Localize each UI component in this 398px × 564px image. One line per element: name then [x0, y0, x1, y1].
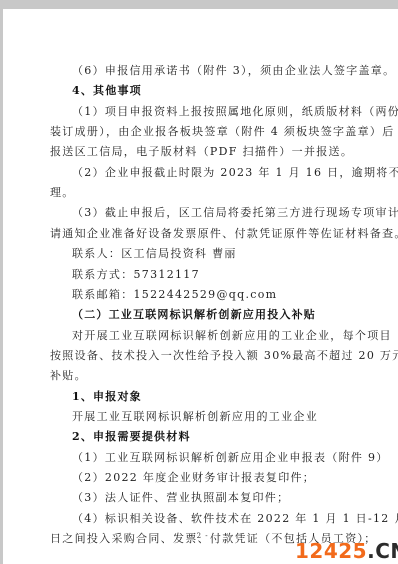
- paragraph-line: （1）项目申报资料上报按照属地化原则，纸质版材料（两份: [72, 105, 398, 119]
- paragraph-line: （2）2022 年度企业财务审计报表复印件；: [72, 471, 315, 485]
- paragraph-line: 联系方式：57312117: [72, 268, 200, 282]
- paragraph-line: 对开展工业互联网标识解析创新应用的工业企业，每个项目: [72, 329, 392, 343]
- section-heading: 1、申报对象: [72, 390, 142, 404]
- paragraph-line: （3）法人证件、营业执照副本复印件；: [72, 491, 289, 505]
- page-number: - 2 -: [190, 532, 209, 540]
- paragraph-line: 按照设备、技术投入一次性给予投入额 30%最高不超过 20 万元的: [50, 349, 398, 363]
- paragraph-line: 联系人：区工信局投资科 曹丽: [72, 247, 237, 261]
- paragraph-line: （1）工业互联网标识解析创新应用企业申报表（附件 9）: [72, 451, 389, 465]
- paragraph-line: （6）申报信用承诺书（附件 3），须由企业法人签字盖章。: [72, 64, 395, 78]
- watermark-domain: .CN: [367, 539, 398, 563]
- section-heading: （二）工业互联网标识解析创新应用投入补贴: [72, 308, 316, 322]
- paragraph-line: 装订成册），由企业报各板块签章（附件 4 须板块签字盖章）后: [50, 125, 395, 139]
- watermark-number: 12425: [295, 539, 367, 563]
- site-watermark: 12425.CN: [295, 539, 398, 563]
- paragraph-line: 开展工业互联网标识解析创新应用的工业企业: [72, 410, 318, 424]
- section-heading: 2、申报需要提供材料: [72, 430, 191, 444]
- paragraph-line: （2）企业申报截止时限为 2023 年 1 月 16 日，逾期将不予受: [72, 166, 398, 180]
- paragraph-line: （4）标识相关设备、软件技术在 2022 年 1 月 1 日-12 月 31: [72, 512, 398, 526]
- section-heading: 4、其他事项: [72, 84, 142, 98]
- paragraph-line: 请通知企业准备好设备发票原件、付款凭证原件等佐证材料备查。: [50, 227, 398, 241]
- document-page: （6）申报信用承诺书（附件 3），须由企业法人签字盖章。4、其他事项（1）项目申…: [3, 9, 398, 564]
- paragraph-line: 补贴。: [50, 369, 87, 383]
- paragraph-line: 报送区工信局，电子版材料（PDF 扫描件）一并报送。: [50, 145, 353, 159]
- paragraph-line: 理。: [50, 186, 75, 200]
- paragraph-line: 联系邮箱：1522442529@qq.com: [72, 288, 277, 302]
- paragraph-line: （3）截止申报后，区工信局将委托第三方进行现场专项审计，: [72, 206, 398, 220]
